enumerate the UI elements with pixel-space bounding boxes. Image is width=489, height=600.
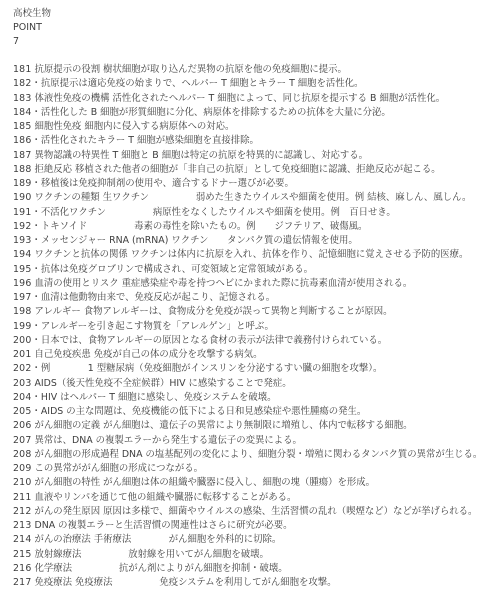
note-number: 188 bbox=[13, 164, 32, 175]
note-line: 195・抗体は免疫グロブリンで構成され、可変領域と定常領域がある。 bbox=[13, 263, 483, 277]
bullet-icon: ・ bbox=[32, 107, 41, 118]
note-number: 194 bbox=[13, 249, 32, 260]
note-line: 182・抗原提示は適応免疫の始まりで、ヘルパー T 細胞とキラー T 細胞を活性… bbox=[13, 77, 483, 91]
note-line: 181 抗原提示の役割 樹状細胞が取り込んだ異物の抗原を他の免疫細胞に提示。 bbox=[13, 63, 483, 77]
note-number: 209 bbox=[13, 463, 32, 474]
note-number: 193 bbox=[13, 235, 32, 246]
notes-list: 181 抗原提示の役割 樹状細胞が取り込んだ異物の抗原を他の免疫細胞に提示。18… bbox=[13, 63, 483, 590]
note-text: 体液性免疫の機構 活性化されたヘルパー T 細胞によって、同じ抗原を提示する B… bbox=[34, 93, 445, 104]
bullet-icon: ・ bbox=[32, 207, 41, 218]
note-text: がん細胞の定義 がん細胞は、遺伝子の異常により無制限に増殖し、体内で転移する細胞… bbox=[34, 420, 412, 431]
note-number: 198 bbox=[13, 306, 32, 317]
note-line: 201 自己免疫疾患 免疫が自己の体の成分を攻撃する病気。 bbox=[13, 348, 483, 362]
note-number: 203 bbox=[13, 378, 32, 389]
note-number: 197 bbox=[13, 292, 32, 303]
note-line: 206 がん細胞の定義 がん細胞は、遺伝子の異常により無制限に増殖し、体内で転移… bbox=[13, 419, 483, 433]
note-line: 200・日本では、食物アレルギーの原因となる食材の表示が法律で義務付けられている… bbox=[13, 334, 483, 348]
note-number: 205 bbox=[13, 406, 32, 417]
note-number: 189 bbox=[13, 178, 32, 189]
note-line: 193・メッセンジャー RNA (mRNA) ワクチン タンパク質の遺伝情報を使… bbox=[13, 234, 483, 248]
note-line: 217 免疫療法 免疫療法 免疫システムを利用してがん細胞を攻撃。 bbox=[13, 576, 483, 590]
note-text: この異常ががん細胞の形成につながる。 bbox=[34, 463, 203, 474]
note-line: 213 DNA の複製エラーと生活習慣の関連性はさらに研究が必要。 bbox=[13, 519, 483, 533]
note-number: 195 bbox=[13, 264, 32, 275]
note-number: 216 bbox=[13, 563, 32, 574]
note-number: 200 bbox=[13, 335, 32, 346]
note-text: がんの発生原因 原因は多様で、細菌やウイルスの感染、生活習慣の乱れ（喫煙など）な… bbox=[34, 506, 477, 517]
note-line: 198 アレルギー 食物アレルギーは、食物成分を免疫が誤って異物と判断することが… bbox=[13, 305, 483, 319]
doc-title: 高校生物 bbox=[13, 7, 483, 21]
note-line: 192・トキソイド 毒素の毒性を除いたもの。例 ジフテリア、破傷風。 bbox=[13, 220, 483, 234]
note-number: 187 bbox=[13, 150, 32, 161]
note-text: 抗原提示は適応免疫の始まりで、ヘルパー T 細胞とキラー T 細胞を活性化。 bbox=[41, 78, 364, 89]
note-text: 拒絶反応 移植された他者の細胞が「非自己の抗原」として免疫細胞に認識、拒絶反応が… bbox=[34, 164, 440, 175]
note-text: 放射線療法 放射線を用いてがん細胞を破壊。 bbox=[34, 549, 268, 560]
note-line: 205・AIDS の主な問題は、免疫機能の低下による日和見感染症や悪性腫瘍の発生… bbox=[13, 405, 483, 419]
document-header: 高校生物 POINT 7 bbox=[13, 7, 483, 49]
bullet-icon: ・ bbox=[32, 221, 41, 232]
note-text: ワクチンの種類 生ワクチン 弱めた生きたウイルスや細菌を使用。例 結核、麻しん、… bbox=[34, 192, 471, 203]
note-number: 215 bbox=[13, 549, 32, 560]
note-text: 日本では、食物アレルギーの原因となる食材の表示が法律で義務付けられている。 bbox=[41, 335, 387, 346]
note-text: AIDS の主な問題は、免疫機能の低下による日和見感染症や悪性腫瘍の発生。 bbox=[41, 406, 366, 417]
note-line: 197・血清は他動物由来で、免疫反応が起こり、記憶される。 bbox=[13, 291, 483, 305]
note-line: 185 細胞性免疫 細胞内に侵入する病原体への対応。 bbox=[13, 120, 483, 134]
note-line: 215 放射線療法 放射線を用いてがん細胞を破壊。 bbox=[13, 548, 483, 562]
note-text: 血清の使用とリスク 重症感染症や毒を持つヘビにかまれた際に抗毒素血清が使用される… bbox=[34, 278, 412, 289]
doc-label: POINT bbox=[13, 21, 483, 35]
note-line: 212 がんの発生原因 原因は多様で、細菌やウイルスの感染、生活習慣の乱れ（喫煙… bbox=[13, 505, 483, 519]
note-number: 202 bbox=[13, 363, 32, 374]
bullet-icon: ・ bbox=[32, 264, 41, 275]
note-text: 自己免疫疾患 免疫が自己の体の成分を攻撃する病気。 bbox=[34, 349, 262, 360]
note-text: DNA の複製エラーと生活習慣の関連性はさらに研究が必要。 bbox=[34, 520, 292, 531]
note-text: アレルギー 食物アレルギーは、食物成分を免疫が誤って異物と判断することが原因。 bbox=[34, 306, 392, 317]
note-line: 190 ワクチンの種類 生ワクチン 弱めた生きたウイルスや細菌を使用。例 結核、… bbox=[13, 191, 483, 205]
document-page: 高校生物 POINT 7 181 抗原提示の役割 樹状細胞が取り込んだ異物の抗原… bbox=[0, 0, 489, 600]
note-text: ワクチンと抗体の関係 ワクチンは体内に抗原を入れ、抗体を作り、記憶細胞に覚えさせ… bbox=[34, 249, 468, 260]
note-text: 移植後は免疫抑制剤の使用や、適合するドナー選びが必要。 bbox=[41, 178, 294, 189]
note-text: がんの治療法 手術療法 がん細胞を外科的に切除。 bbox=[34, 534, 281, 545]
note-line: 204・HIV はヘルパー T 細胞に感染し、免疫システムを破壊。 bbox=[13, 391, 483, 405]
note-number: 181 bbox=[13, 64, 32, 75]
note-text: 抗原提示の役割 樹状細胞が取り込んだ異物の抗原を他の免疫細胞に提示。 bbox=[34, 64, 346, 75]
note-text: 不活化ワクチン 病原性をなくしたウイルスや細菌を使用。例 百日せき。 bbox=[41, 207, 396, 218]
doc-page-number: 7 bbox=[13, 35, 483, 49]
note-number: 204 bbox=[13, 392, 32, 403]
note-text: HIV はヘルパー T 細胞に感染し、免疫システムを破壊。 bbox=[41, 392, 277, 403]
note-line: 184・活性化した B 細胞が形質細胞に分化、病原体を排除するための抗体を大量に… bbox=[13, 106, 483, 120]
note-line: 199・アレルギーを引き起こす物質を「アレルゲン」と呼ぶ。 bbox=[13, 320, 483, 334]
note-line: 208 がん細胞の形成過程 DNA の塩基配列の変化により、細胞分裂・増殖に関わ… bbox=[13, 448, 483, 462]
bullet-icon: ・ bbox=[32, 178, 41, 189]
note-number: 191 bbox=[13, 207, 32, 218]
note-text: 例 1 型糖尿病（免疫細胞がインスリンを分泌するすい臓の細胞を攻撃）。 bbox=[41, 363, 382, 374]
note-number: 212 bbox=[13, 506, 32, 517]
note-line: 189・移植後は免疫抑制剤の使用や、適合するドナー選びが必要。 bbox=[13, 177, 483, 191]
bullet-icon: ・ bbox=[32, 406, 41, 417]
note-text: 異常は、DNA の複製エラーから発生する遺伝子の変異による。 bbox=[34, 435, 301, 446]
note-number: 190 bbox=[13, 192, 32, 203]
note-text: 血清は他動物由来で、免疫反応が起こり、記憶される。 bbox=[41, 292, 275, 303]
bullet-icon: ・ bbox=[32, 321, 41, 332]
note-line: 183 体液性免疫の機構 活性化されたヘルパー T 細胞によって、同じ抗原を提示… bbox=[13, 92, 483, 106]
bullet-icon: ・ bbox=[32, 135, 41, 146]
note-number: 185 bbox=[13, 121, 32, 132]
bullet-icon: ・ bbox=[32, 392, 41, 403]
bullet-icon: ・ bbox=[32, 363, 41, 374]
note-number: 186 bbox=[13, 135, 32, 146]
note-number: 210 bbox=[13, 477, 32, 488]
note-number: 184 bbox=[13, 107, 32, 118]
note-number: 192 bbox=[13, 221, 32, 232]
bullet-icon: ・ bbox=[32, 292, 41, 303]
note-text: 抗体は免疫グロブリンで構成され、可変領域と定常領域がある。 bbox=[41, 264, 313, 275]
note-line: 210 がん細胞の特性 がん細胞は体の組織や臓器に侵入し、細胞の塊（腫瘍）を形成… bbox=[13, 476, 483, 490]
note-text: メッセンジャー RNA (mRNA) ワクチン タンパク質の遺伝情報を使用。 bbox=[41, 235, 358, 246]
note-number: 206 bbox=[13, 420, 32, 431]
note-text: 異物認識の特異性 T 細胞と B 細胞は特定の抗原を特異的に認識し、対応する。 bbox=[34, 150, 367, 161]
note-line: 202・例 1 型糖尿病（免疫細胞がインスリンを分泌するすい臓の細胞を攻撃）。 bbox=[13, 362, 483, 376]
note-line: 211 血液やリンパを通じて他の組織や臓器に転移することがある。 bbox=[13, 491, 483, 505]
note-number: 208 bbox=[13, 449, 32, 460]
note-text: 活性化した B 細胞が形質細胞に分化、病原体を排除するための抗体を大量に分泌。 bbox=[41, 107, 391, 118]
note-number: 196 bbox=[13, 278, 32, 289]
note-line: 186・活性化されたキラー T 細胞が感染細胞を直接排除。 bbox=[13, 134, 483, 148]
bullet-icon: ・ bbox=[32, 335, 41, 346]
note-line: 203 AIDS（後天性免疫不全症候群）HIV に感染することで発症。 bbox=[13, 377, 483, 391]
note-number: 207 bbox=[13, 435, 32, 446]
note-number: 217 bbox=[13, 577, 32, 588]
note-number: 183 bbox=[13, 93, 32, 104]
note-text: トキソイド 毒素の毒性を除いたもの。例 ジフテリア、破傷風。 bbox=[41, 221, 368, 232]
note-line: 188 拒絶反応 移植された他者の細胞が「非自己の抗原」として免疫細胞に認識、拒… bbox=[13, 163, 483, 177]
note-number: 211 bbox=[13, 492, 32, 503]
bullet-icon: ・ bbox=[32, 235, 41, 246]
note-text: アレルギーを引き起こす物質を「アレルゲン」と呼ぶ。 bbox=[41, 321, 274, 332]
note-number: 201 bbox=[13, 349, 32, 360]
note-text: 化学療法 抗がん剤によりがん細胞を抑制・破壊。 bbox=[34, 563, 287, 574]
note-text: 血液やリンパを通じて他の組織や臓器に転移することがある。 bbox=[34, 492, 296, 503]
note-text: がん細胞の特性 がん細胞は体の組織や臓器に侵入し、細胞の塊（腫瘍）を形成。 bbox=[34, 477, 374, 488]
note-text: がん細胞の形成過程 DNA の塩基配列の変化により、細胞分裂・増殖に関わるタンパ… bbox=[34, 449, 482, 460]
note-line: 187 異物認識の特異性 T 細胞と B 細胞は特定の抗原を特異的に認識し、対応… bbox=[13, 149, 483, 163]
note-line: 216 化学療法 抗がん剤によりがん細胞を抑制・破壊。 bbox=[13, 562, 483, 576]
note-text: 活性化されたキラー T 細胞が感染細胞を直接排除。 bbox=[41, 135, 259, 146]
note-text: 細胞性免疫 細胞内に侵入する病原体への対応。 bbox=[34, 121, 234, 132]
note-text: AIDS（後天性免疫不全症候群）HIV に感染することで発症。 bbox=[34, 378, 291, 389]
bullet-icon: ・ bbox=[32, 78, 41, 89]
note-text: 免疫療法 免疫療法 免疫システムを利用してがん細胞を攻撃。 bbox=[34, 577, 336, 588]
note-number: 199 bbox=[13, 321, 32, 332]
note-line: 196 血清の使用とリスク 重症感染症や毒を持つヘビにかまれた際に抗毒素血清が使… bbox=[13, 277, 483, 291]
note-line: 194 ワクチンと抗体の関係 ワクチンは体内に抗原を入れ、抗体を作り、記憶細胞に… bbox=[13, 248, 483, 262]
note-number: 214 bbox=[13, 534, 32, 545]
note-line: 191・不活化ワクチン 病原性をなくしたウイルスや細菌を使用。例 百日せき。 bbox=[13, 206, 483, 220]
note-number: 213 bbox=[13, 520, 32, 531]
note-line: 209 この異常ががん細胞の形成につながる。 bbox=[13, 462, 483, 476]
note-number: 182 bbox=[13, 78, 32, 89]
note-line: 214 がんの治療法 手術療法 がん細胞を外科的に切除。 bbox=[13, 533, 483, 547]
note-line: 207 異常は、DNA の複製エラーから発生する遺伝子の変異による。 bbox=[13, 434, 483, 448]
